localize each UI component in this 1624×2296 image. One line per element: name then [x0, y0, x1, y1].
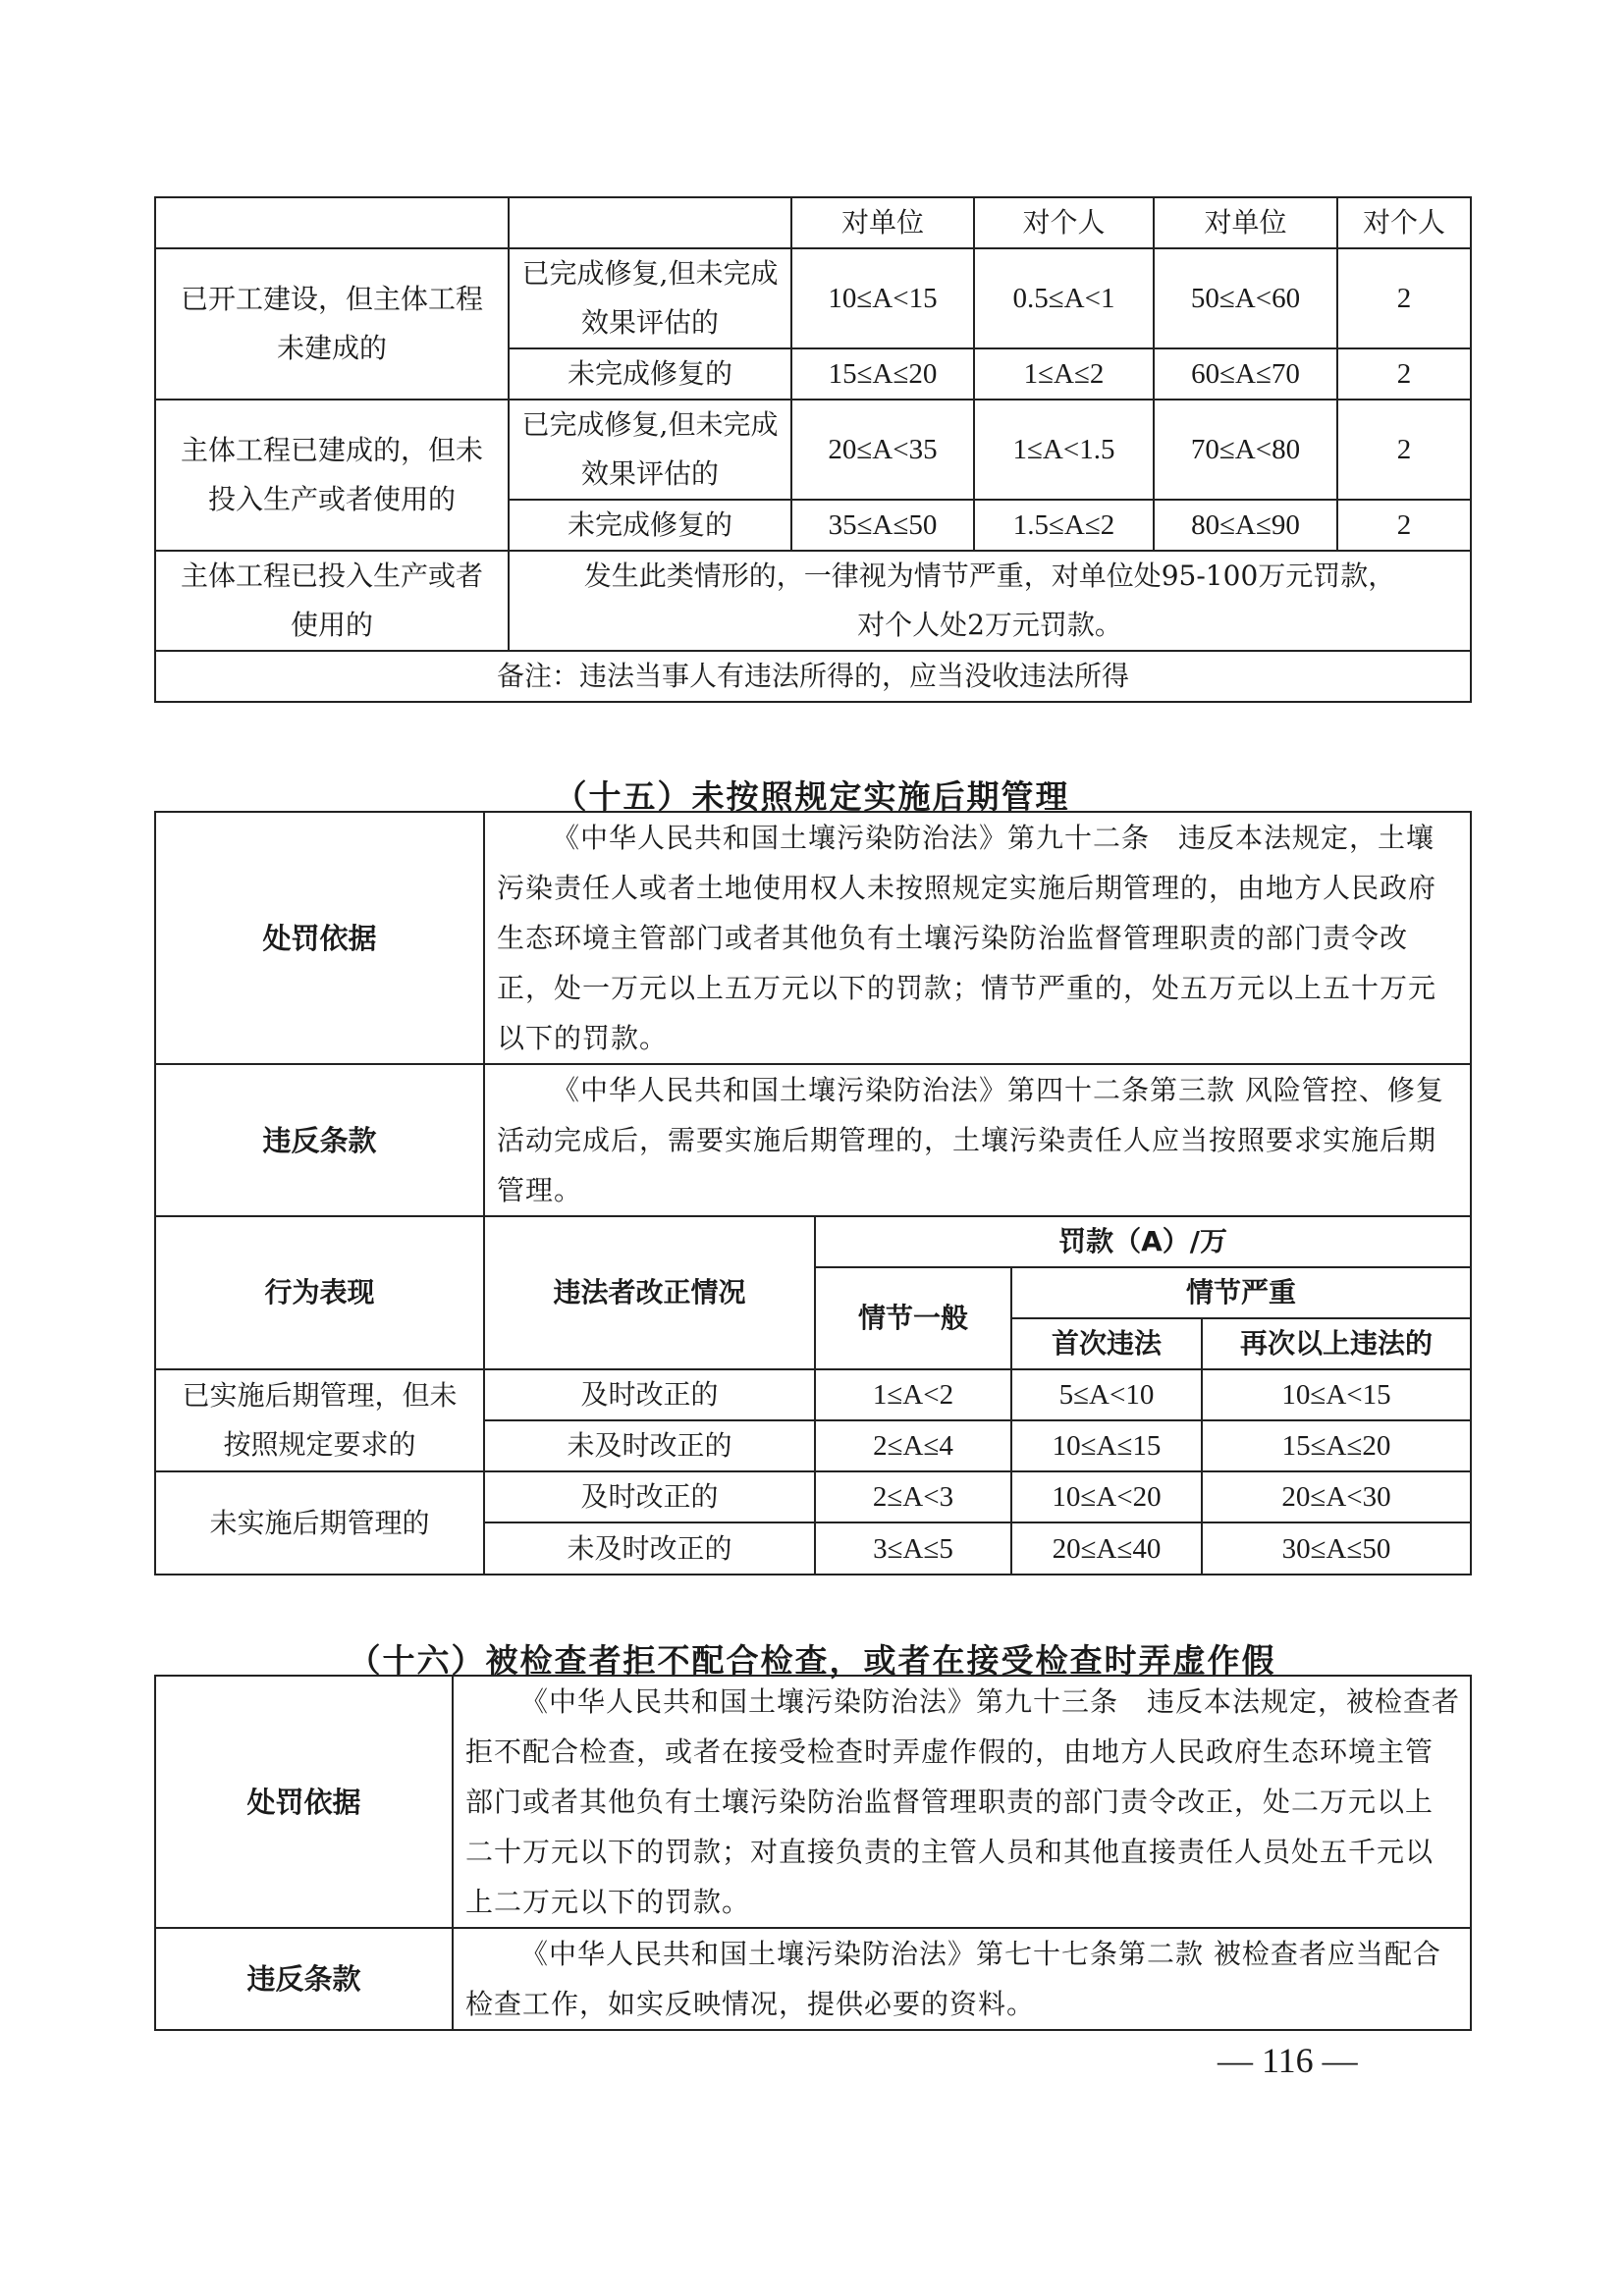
table-row: 已实施后期管理，但未按照规定要求的 及时改正的 1≤A<2 5≤A<10 10≤… — [155, 1369, 1471, 1420]
header-cell: 对单位 — [791, 197, 974, 248]
violated-label: 违反条款 — [155, 1928, 453, 2030]
header-cell — [155, 197, 509, 248]
behavior-cell: 已开工建设，但主体工程未建成的 — [155, 248, 509, 400]
value-cell: 30≤A≤50 — [1202, 1522, 1471, 1575]
header-cell: 对单位 — [1154, 197, 1337, 248]
note-cell: 备注：违法当事人有违法所得的，应当没收违法所得 — [155, 651, 1471, 702]
correction-cell: 未及时改正的 — [484, 1420, 815, 1471]
status-cell: 未完成修复的 — [509, 500, 791, 551]
basis-text-cell: 《中华人民共和国土壤污染防治法》第九十二条 违反本法规定，土壤污染责任人或者土地… — [484, 812, 1471, 1064]
value-cell: 1≤A<2 — [815, 1369, 1011, 1420]
serious-header: 情节严重 — [1011, 1267, 1471, 1318]
section-16-table: 处罚依据 《中华人民共和国土壤污染防治法》第九十三条 违反本法规定，被检查者拒不… — [154, 1675, 1472, 2031]
value-cell: 5≤A<10 — [1011, 1369, 1202, 1420]
violated-text: 《中华人民共和国土壤污染防治法》第四十二条第三款 风险管控、修复活动完成后，需要… — [497, 1074, 1444, 1206]
value-cell: 2 — [1337, 248, 1471, 348]
status-cell: 未完成修复的 — [509, 348, 791, 400]
value-cell: 0.5≤A<1 — [974, 248, 1154, 348]
table-row: 主体工程已投入生产或者使用的 发生此类情形的，一律视为情节严重，对单位处95-1… — [155, 551, 1471, 651]
behavior-cell: 主体工程已建成的，但未投入生产或者使用的 — [155, 400, 509, 551]
value-cell: 1≤A≤2 — [974, 348, 1154, 400]
repeat-offense-header: 再次以上违法的 — [1202, 1318, 1471, 1369]
violated-row: 违反条款 《中华人民共和国土壤污染防治法》第七十七条第二款 被检查者应当配合检查… — [155, 1928, 1471, 2030]
final-penalty-line1: 发生此类情形的，一律视为情节严重，对单位处95-100万元罚款， — [515, 552, 1464, 601]
value-cell: 60≤A≤70 — [1154, 348, 1337, 400]
violated-row: 违反条款 《中华人民共和国土壤污染防治法》第四十二条第三款 风险管控、修复活动完… — [155, 1064, 1471, 1216]
basis-text: 《中华人民共和国土壤污染防治法》第九十三条 违反本法规定，被检查者拒不配合检查，… — [465, 1685, 1460, 1918]
fine-header-row: 行为表现 违法者改正情况 罚款（A）/万 — [155, 1216, 1471, 1267]
value-cell: 15≤A≤20 — [791, 348, 974, 400]
behavior-cell: 未实施后期管理的 — [155, 1471, 484, 1575]
fine-header: 罚款（A）/万 — [815, 1216, 1471, 1267]
violated-text-cell: 《中华人民共和国土壤污染防治法》第七十七条第二款 被检查者应当配合检查工作，如实… — [453, 1928, 1471, 2030]
violated-text-cell: 《中华人民共和国土壤污染防治法》第四十二条第三款 风险管控、修复活动完成后，需要… — [484, 1064, 1471, 1216]
header-cell: 对个人 — [974, 197, 1154, 248]
status-cell: 已完成修复,但未完成效果评估的 — [509, 248, 791, 348]
value-cell: 10≤A≤15 — [1011, 1420, 1202, 1471]
value-cell: 10≤A<20 — [1011, 1471, 1202, 1522]
value-cell: 10≤A<15 — [791, 248, 974, 348]
table-row: 未实施后期管理的 及时改正的 2≤A<3 10≤A<20 20≤A<30 — [155, 1471, 1471, 1522]
behavior-cell: 已实施后期管理，但未按照规定要求的 — [155, 1369, 484, 1471]
value-cell: 2 — [1337, 400, 1471, 500]
table-row: 已开工建设，但主体工程未建成的 已完成修复,但未完成效果评估的 10≤A<15 … — [155, 248, 1471, 348]
table-header-row: 对单位 对个人 对单位 对个人 — [155, 197, 1471, 248]
basis-row: 处罚依据 《中华人民共和国土壤污染防治法》第九十二条 违反本法规定，土壤污染责任… — [155, 812, 1471, 1064]
value-cell: 1≤A<1.5 — [974, 400, 1154, 500]
section-15-table: 处罚依据 《中华人民共和国土壤污染防治法》第九十二条 违反本法规定，土壤污染责任… — [154, 811, 1472, 1575]
correction-cell: 及时改正的 — [484, 1471, 815, 1522]
value-cell: 70≤A<80 — [1154, 400, 1337, 500]
value-cell: 35≤A≤50 — [791, 500, 974, 551]
basis-row: 处罚依据 《中华人民共和国土壤污染防治法》第九十三条 违反本法规定，被检查者拒不… — [155, 1676, 1471, 1928]
correction-cell: 未及时改正的 — [484, 1522, 815, 1575]
note-row: 备注：违法当事人有违法所得的，应当没收违法所得 — [155, 651, 1471, 702]
basis-label: 处罚依据 — [155, 812, 484, 1064]
value-cell: 2 — [1337, 500, 1471, 551]
header-cell — [509, 197, 791, 248]
violated-text: 《中华人民共和国土壤污染防治法》第七十七条第二款 被检查者应当配合检查工作，如实… — [465, 1938, 1441, 2020]
value-cell: 3≤A≤5 — [815, 1522, 1011, 1575]
value-cell: 2 — [1337, 348, 1471, 400]
value-cell: 1.5≤A≤2 — [974, 500, 1154, 551]
behavior-cell: 主体工程已投入生产或者使用的 — [155, 551, 509, 651]
correction-cell: 及时改正的 — [484, 1369, 815, 1420]
value-cell: 20≤A<30 — [1202, 1471, 1471, 1522]
value-cell: 20≤A≤40 — [1011, 1522, 1202, 1575]
first-offense-header: 首次违法 — [1011, 1318, 1202, 1369]
value-cell: 10≤A<15 — [1202, 1369, 1471, 1420]
status-cell: 已完成修复,但未完成效果评估的 — [509, 400, 791, 500]
behavior-header: 行为表现 — [155, 1216, 484, 1369]
penalty-table-continued: 对单位 对个人 对单位 对个人 已开工建设，但主体工程未建成的 已完成修复,但未… — [154, 196, 1472, 703]
value-cell: 2≤A≤4 — [815, 1420, 1011, 1471]
violated-label: 违反条款 — [155, 1064, 484, 1216]
value-cell: 50≤A<60 — [1154, 248, 1337, 348]
final-penalty-cell: 发生此类情形的，一律视为情节严重，对单位处95-100万元罚款， 对个人处2万元… — [509, 551, 1471, 651]
value-cell: 20≤A<35 — [791, 400, 974, 500]
page-number: — 116 — — [1218, 2040, 1358, 2081]
value-cell: 80≤A≤90 — [1154, 500, 1337, 551]
correction-header: 违法者改正情况 — [484, 1216, 815, 1369]
basis-text: 《中华人民共和国土壤污染防治法》第九十二条 违反本法规定，土壤污染责任人或者土地… — [497, 822, 1436, 1054]
final-penalty-line2: 对个人处2万元罚款。 — [515, 601, 1464, 650]
general-header: 情节一般 — [815, 1267, 1011, 1369]
header-cell: 对个人 — [1337, 197, 1471, 248]
value-cell: 15≤A≤20 — [1202, 1420, 1471, 1471]
basis-text-cell: 《中华人民共和国土壤污染防治法》第九十三条 违反本法规定，被检查者拒不配合检查，… — [453, 1676, 1471, 1928]
table-row: 主体工程已建成的，但未投入生产或者使用的 已完成修复,但未完成效果评估的 20≤… — [155, 400, 1471, 500]
basis-label: 处罚依据 — [155, 1676, 453, 1928]
value-cell: 2≤A<3 — [815, 1471, 1011, 1522]
